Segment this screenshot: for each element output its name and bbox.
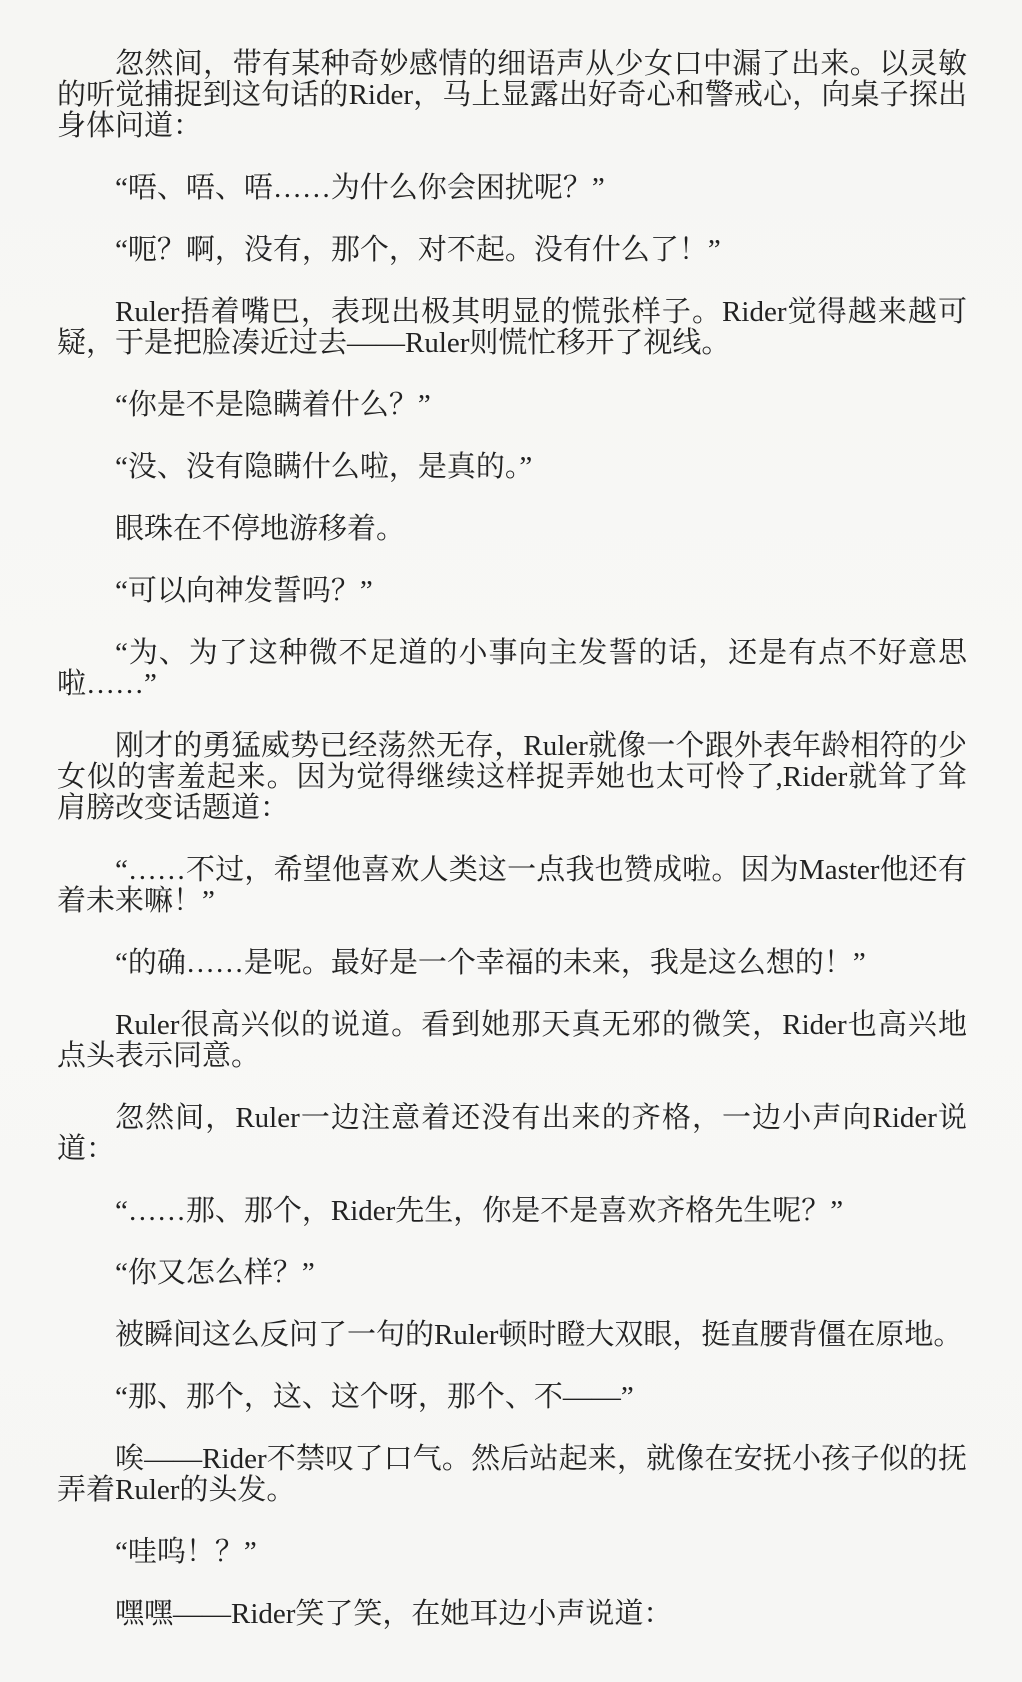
paragraph: “你是不是隐瞒着什么？” (57, 390, 967, 421)
paragraph: 嘿嘿——Rider笑了笑，在她耳边小声说道： (57, 1599, 967, 1630)
paragraph: “没、没有隐瞒什么啦，是真的。” (57, 452, 967, 483)
paragraph: “呃？啊，没有，那个，对不起。没有什么了！” (57, 235, 967, 266)
paragraph: “可以向神发誓吗？” (57, 576, 967, 607)
paragraph: “的确……是呢。最好是一个幸福的未来，我是这么想的！” (57, 948, 967, 979)
paragraph: Ruler捂着嘴巴，表现出极其明显的慌张样子。Rider觉得越来越可疑，于是把脸… (57, 297, 967, 359)
paragraph: 忽然间，Ruler一边注意着还没有出来的齐格，一边小声向Rider说道： (57, 1103, 967, 1165)
paragraph: 唉——Rider不禁叹了口气。然后站起来，就像在安抚小孩子似的抚弄着Ruler的… (57, 1444, 967, 1506)
paragraph: Ruler很高兴似的说道。看到她那天真无邪的微笑，Rider也高兴地点头表示同意… (57, 1010, 967, 1072)
document-page: 忽然间，带有某种奇妙感情的细语声从少女口中漏了出来。以灵敏的听觉捕捉到这句话的R… (0, 0, 1022, 1682)
paragraph: 刚才的勇猛威势已经荡然无存，Ruler就像一个跟外表年龄相符的少女似的害羞起来。… (57, 731, 967, 824)
paragraph: 被瞬间这么反问了一句的Ruler顿时瞪大双眼，挺直腰背僵在原地。 (57, 1320, 967, 1351)
paragraph: “你又怎么样？” (57, 1258, 967, 1289)
paragraph: “为、为了这种微不足道的小事向主发誓的话，还是有点不好意思啦……” (57, 638, 967, 700)
paragraph: 忽然间，带有某种奇妙感情的细语声从少女口中漏了出来。以灵敏的听觉捕捉到这句话的R… (57, 49, 967, 142)
paragraph: “唔、唔、唔……为什么你会困扰呢？” (57, 173, 967, 204)
paragraph: 眼珠在不停地游移着。 (57, 514, 967, 545)
novel-text-body: 忽然间，带有某种奇妙感情的细语声从少女口中漏了出来。以灵敏的听觉捕捉到这句话的R… (57, 49, 967, 1630)
paragraph: “……那、那个，Rider先生，你是不是喜欢齐格先生呢？” (57, 1196, 967, 1227)
paragraph: “……不过，希望他喜欢人类这一点我也赞成啦。因为Master他还有着未来嘛！” (57, 855, 967, 917)
paragraph: “那、那个，这、这个呀，那个、不——” (57, 1382, 967, 1413)
paragraph: “哇呜！？” (57, 1537, 967, 1568)
